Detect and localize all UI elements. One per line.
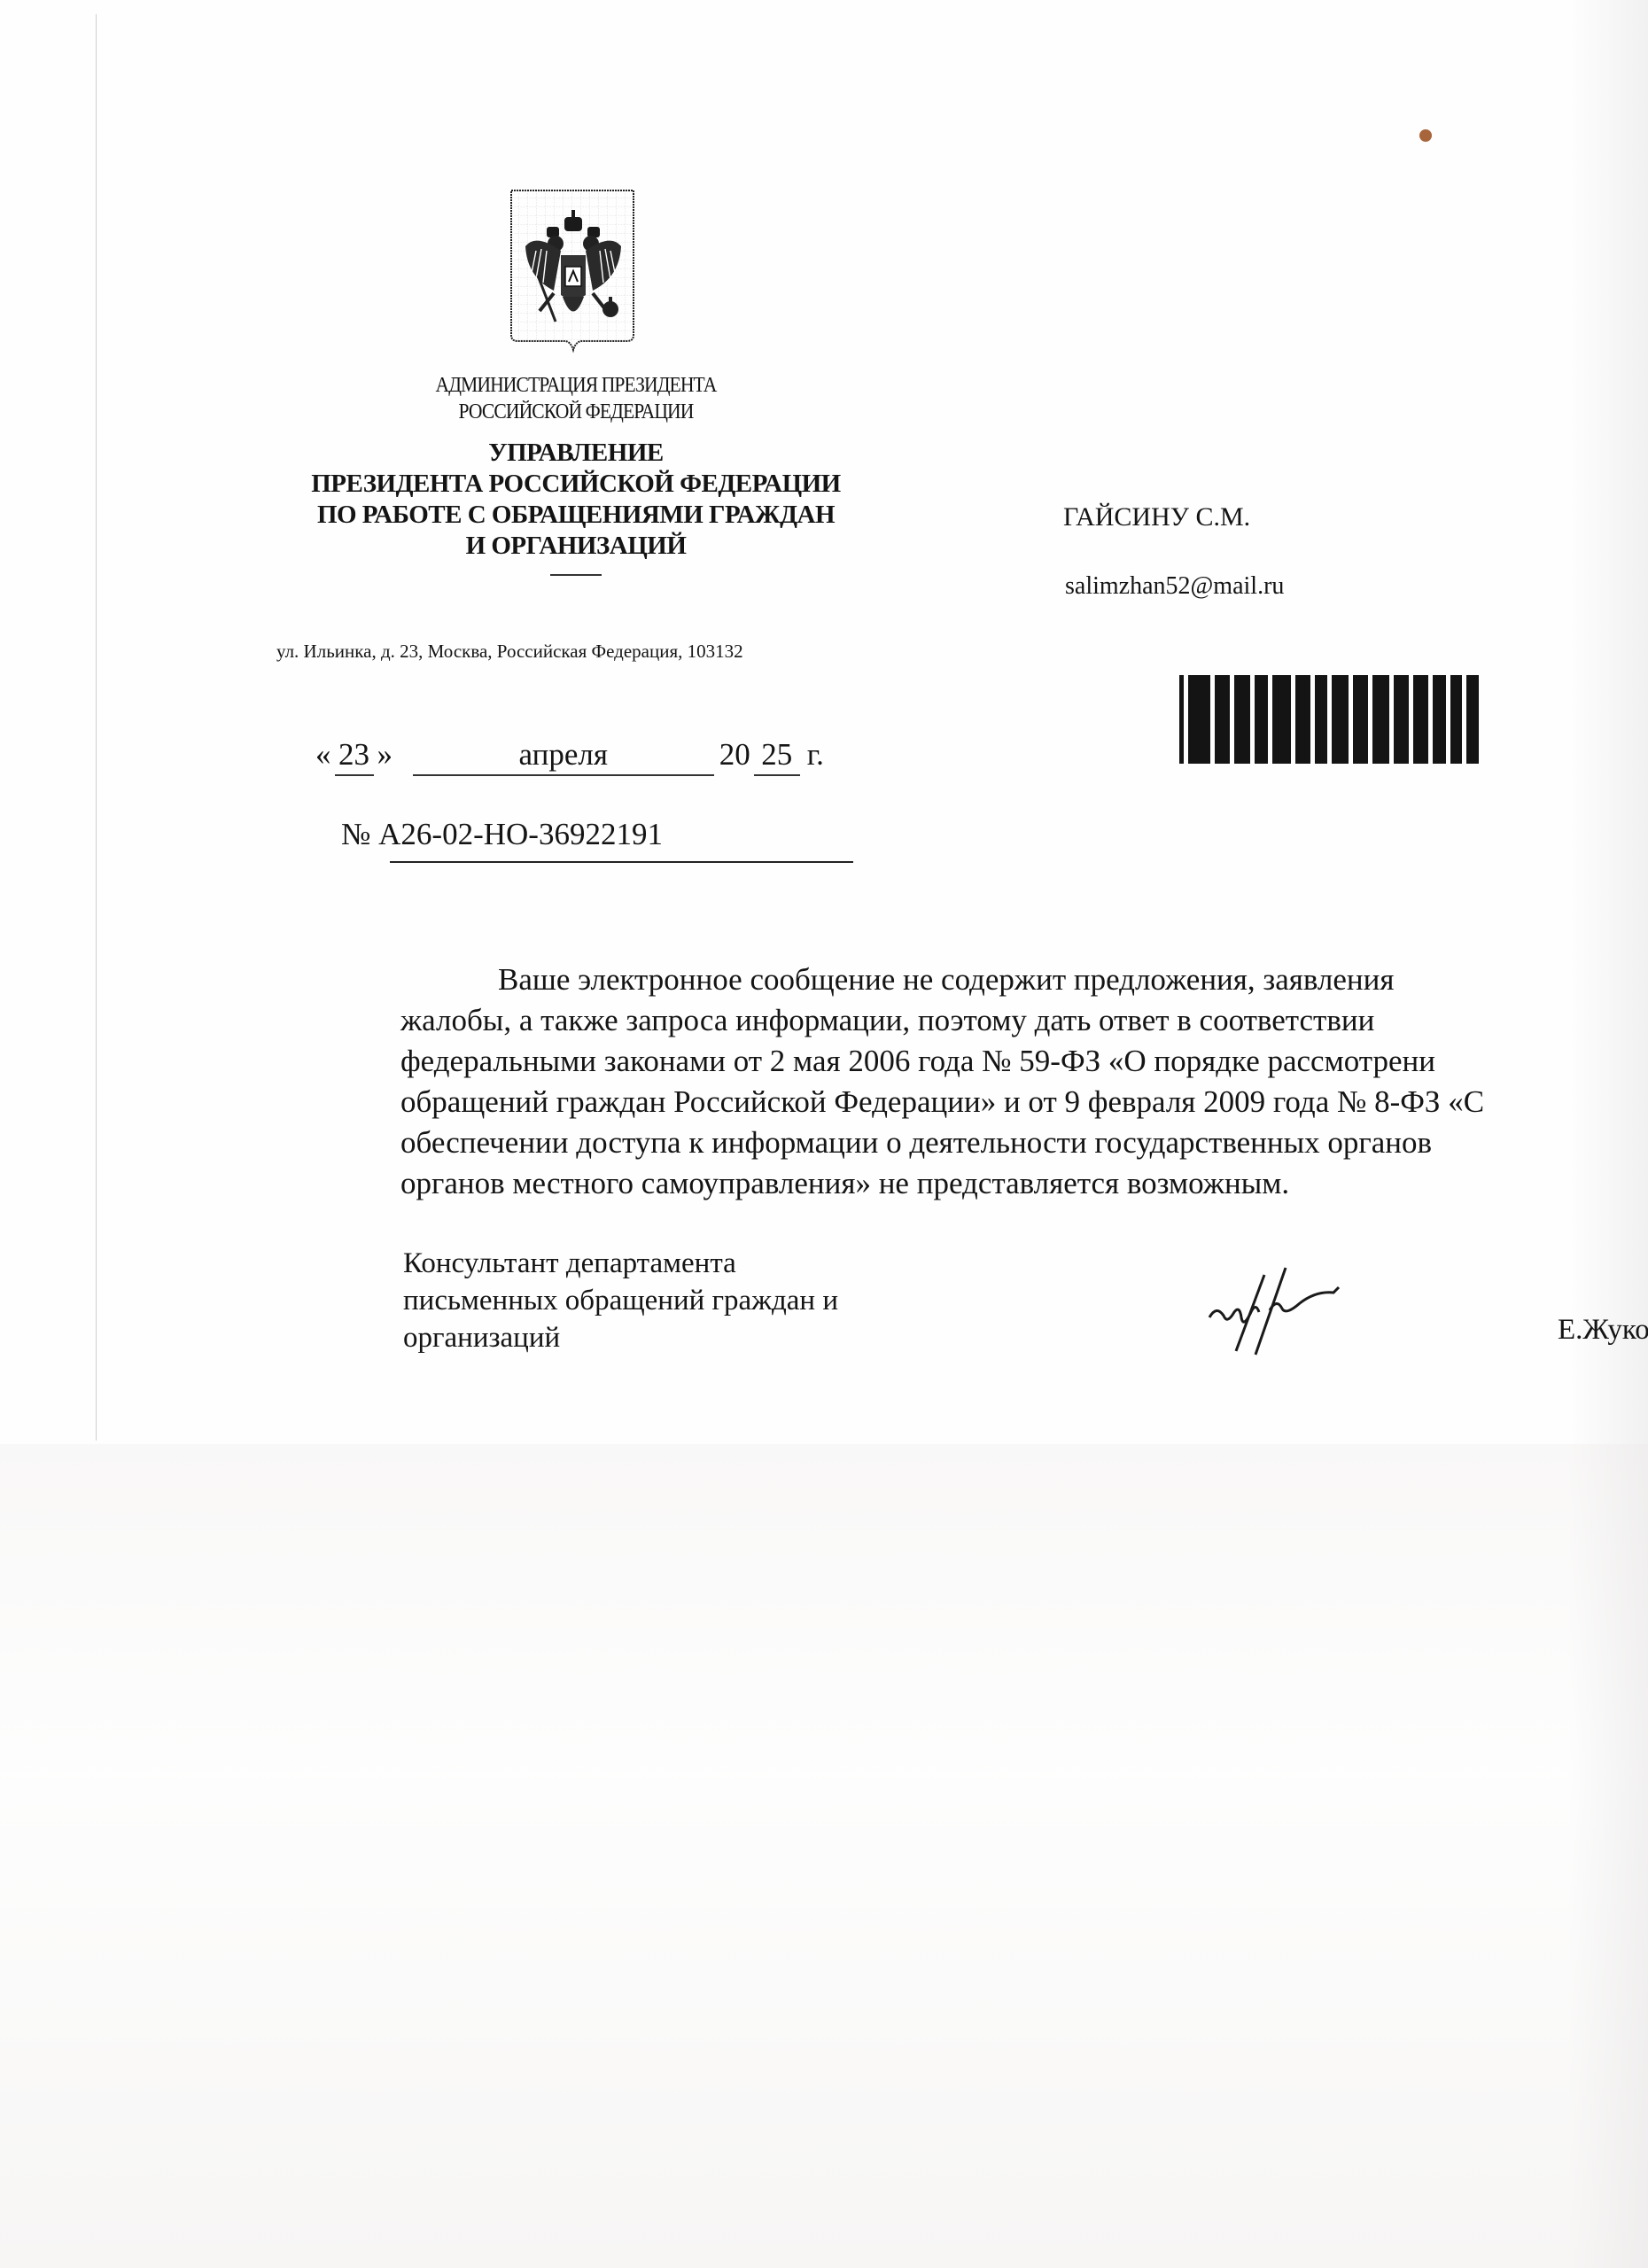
- department-title-line: УПРАВЛЕНИЕ: [266, 438, 886, 469]
- department-title-line: ПО РАБОТЕ С ОБРАЩЕНИЯМИ ГРАЖДАН: [266, 500, 886, 531]
- administration-line: АДМИНИСТРАЦИЯ ПРЕЗИДЕНТА: [297, 372, 855, 399]
- barcode-bar: [1466, 675, 1479, 764]
- barcode-bar: [1255, 675, 1268, 764]
- registration-number-value: А26-02-НО-36922191: [378, 817, 663, 851]
- registration-number: № А26-02-НО-36922191: [341, 815, 663, 854]
- signer-position-line: Консультант департамента: [403, 1245, 838, 1282]
- body-line: федеральными законами от 2 мая 2006 года…: [400, 1041, 1648, 1082]
- signer-name: Е.Жуков: [1558, 1311, 1648, 1348]
- coat-of-arms-icon: [501, 180, 647, 355]
- barcode-bar: [1315, 675, 1327, 764]
- barcode-bar: [1353, 675, 1368, 764]
- barcode-bar: [1272, 675, 1291, 764]
- scan-margin-line: [96, 14, 97, 1441]
- stain-mark: [1419, 129, 1432, 142]
- barcode-bar: [1413, 675, 1428, 764]
- redacted-barcode: [1179, 675, 1479, 764]
- barcode-bar: [1394, 675, 1409, 764]
- scanned-letter-page: АДМИНИСТРАЦИЯ ПРЕЗИДЕНТА РОССИЙСКОЙ ФЕДЕ…: [0, 0, 1648, 2268]
- signature-icon: [1201, 1262, 1351, 1360]
- barcode-bar: [1332, 675, 1349, 764]
- date-century: 20: [719, 737, 750, 772]
- barcode-bar: [1433, 675, 1446, 764]
- registration-underline: [390, 861, 853, 863]
- scan-shading: [0, 1444, 1648, 2268]
- department-title-line: ПРЕЗИДЕНТА РОССИЙСКОЙ ФЕДЕРАЦИИ: [266, 469, 886, 500]
- addressee-email: salimzhan52@mail.ru: [1065, 571, 1284, 602]
- department-title-line: И ОРГАНИЗАЦИЙ: [266, 531, 886, 562]
- date-day: 23: [335, 735, 374, 776]
- letter-body: Ваше электронное сообщение не содержит п…: [400, 959, 1648, 1204]
- date-month: апреля: [413, 735, 714, 776]
- barcode-bar: [1372, 675, 1390, 764]
- sender-address: ул. Ильинка, д. 23, Москва, Российская Ф…: [276, 640, 743, 663]
- barcode-bar: [1179, 675, 1184, 764]
- signer-position: Консультант департамента письменных обра…: [403, 1245, 838, 1356]
- barcode-bar: [1234, 675, 1250, 764]
- letter-date: «23» апреля2025г.: [315, 735, 824, 776]
- barcode-bar: [1188, 675, 1211, 764]
- barcode-bar: [1295, 675, 1310, 764]
- number-sign: №: [341, 817, 370, 851]
- body-line: жалобы, а также запроса информации, поэт…: [400, 1000, 1648, 1041]
- administration-line: РОССИЙСКОЙ ФЕДЕРАЦИИ: [297, 399, 855, 425]
- body-line: обращений граждан Российской Федерации» …: [400, 1082, 1648, 1122]
- date-suffix: г.: [807, 737, 824, 772]
- body-line: Ваше электронное сообщение не содержит п…: [400, 959, 1648, 1000]
- date-year: 25: [754, 735, 800, 776]
- barcode-bar: [1450, 675, 1463, 764]
- date-open-quote: «: [315, 737, 331, 772]
- department-title: УПРАВЛЕНИЕ ПРЕЗИДЕНТА РОССИЙСКОЙ ФЕДЕРАЦ…: [266, 438, 886, 562]
- addressee-name: ГАЙСИНУ С.М.: [1063, 501, 1250, 533]
- signer-position-line: письменных обращений граждан и: [403, 1282, 838, 1319]
- barcode-bar: [1215, 675, 1230, 764]
- date-close-quote: »: [377, 737, 393, 772]
- body-line: органов местного самоуправления» не пред…: [400, 1163, 1648, 1204]
- header-divider: [550, 574, 602, 576]
- organization-header: АДМИНИСТРАЦИЯ ПРЕЗИДЕНТА РОССИЙСКОЙ ФЕДЕ…: [266, 372, 886, 576]
- body-line: обеспечении доступа к информации о деяте…: [400, 1122, 1648, 1163]
- signer-position-line: организаций: [403, 1319, 838, 1356]
